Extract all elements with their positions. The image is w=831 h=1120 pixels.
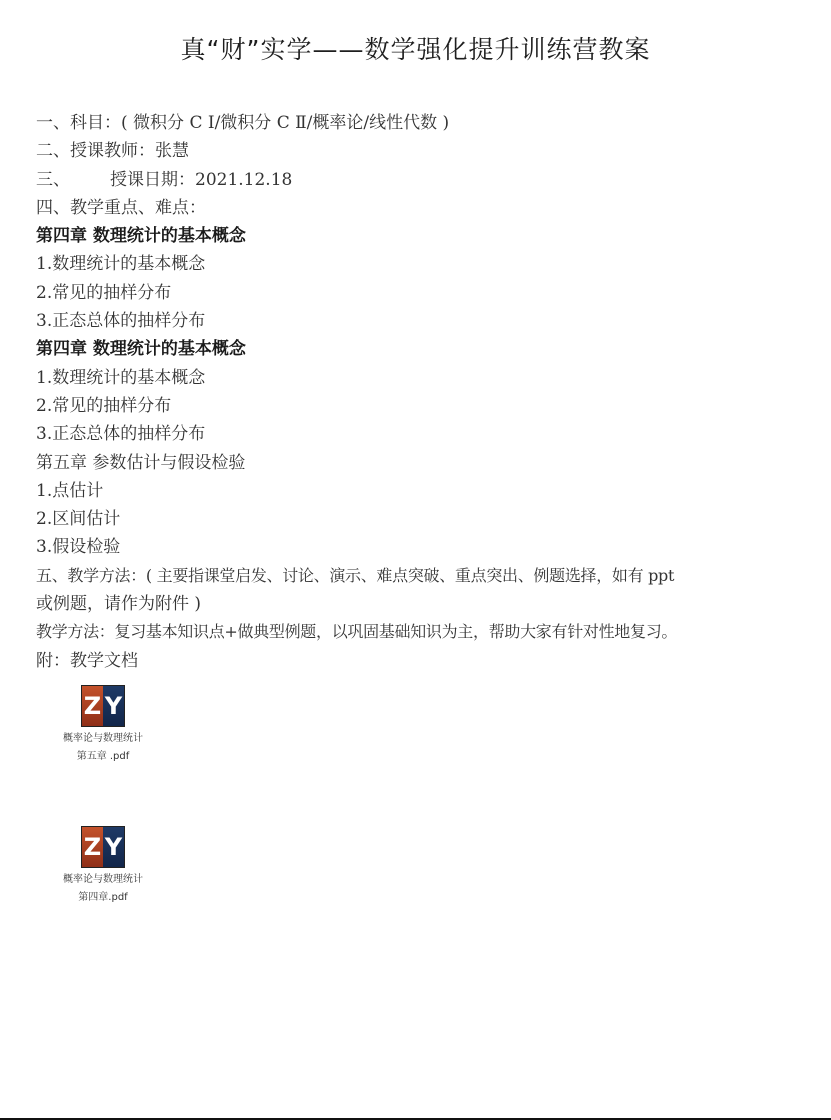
file-name-line1: 概率论与数理统计 <box>43 730 163 748</box>
document-title: 真“财”实学——数学强化提升训练营教案 <box>0 30 831 66</box>
topic-item: 3.假设检验 <box>36 533 816 561</box>
teaching-method-heading-cont: 或例题，请作为附件 ) <box>36 590 816 618</box>
key-points-heading: 四、教学重点、难点： <box>36 194 816 222</box>
topic-item: 3.正态总体的抽样分布 <box>36 420 816 448</box>
teacher-line: 二、授课教师：张慧 <box>36 137 816 165</box>
topic-item: 2.常见的抽样分布 <box>36 392 816 420</box>
topic-item: 3.正态总体的抽样分布 <box>36 307 816 335</box>
teaching-method-heading: 五、教学方法：( 主要指课堂启发、讨论、演示、难点突破、重点突出、例题选择，如有… <box>36 562 816 590</box>
date-text: 授课日期：2021.12.18 <box>110 170 292 190</box>
topic-item: 1.点估计 <box>36 477 816 505</box>
chapter-heading: 第五章 参数估计与假设检验 <box>36 449 816 477</box>
icon-letter-y: Y <box>103 686 124 726</box>
attachment-chapter5-pdf[interactable]: Z Y 概率论与数理统计 第五章 .pdf <box>43 685 163 766</box>
topic-item: 1.数理统计的基本概念 <box>36 364 816 392</box>
file-name-line2: 第四章.pdf <box>43 889 163 907</box>
topic-item: 2.常见的抽样分布 <box>36 279 816 307</box>
chapter-heading: 第四章 数理统计的基本概念 <box>36 335 816 363</box>
topic-item: 1.数理统计的基本概念 <box>36 250 816 278</box>
icon-letter-y: Y <box>103 827 124 867</box>
icon-letter-z: Z <box>82 686 103 726</box>
date-prefix: 三、 <box>36 170 70 190</box>
topic-item: 2.区间估计 <box>36 505 816 533</box>
subject-line: 一、科目：( 微积分 C Ⅰ/微积分 C Ⅱ/概率论/线性代数 ) <box>36 109 816 137</box>
attachments-heading: 附：教学文档 <box>36 647 816 675</box>
document-page: 真“财”实学——数学强化提升训练营教案 一、科目：( 微积分 C Ⅰ/微积分 C… <box>0 0 831 1118</box>
icon-letter-z: Z <box>82 827 103 867</box>
file-name-line1: 概率论与数理统计 <box>43 871 163 889</box>
attachment-chapter4-pdf[interactable]: Z Y 概率论与数理统计 第四章.pdf <box>43 826 163 907</box>
zy-pdf-icon: Z Y <box>81 685 125 727</box>
teaching-method-text: 教学方法：复习基本知识点+做典型例题，以巩固基础知识为主，帮助大家有针对性地复习… <box>36 618 816 646</box>
zy-pdf-icon: Z Y <box>81 826 125 868</box>
chapter-heading: 第四章 数理统计的基本概念 <box>36 222 816 250</box>
file-name-line2: 第五章 .pdf <box>43 748 163 766</box>
date-line: 三、授课日期：2021.12.18 <box>36 166 816 194</box>
document-body: 一、科目：( 微积分 C Ⅰ/微积分 C Ⅱ/概率论/线性代数 ) 二、授课教师… <box>36 109 816 675</box>
